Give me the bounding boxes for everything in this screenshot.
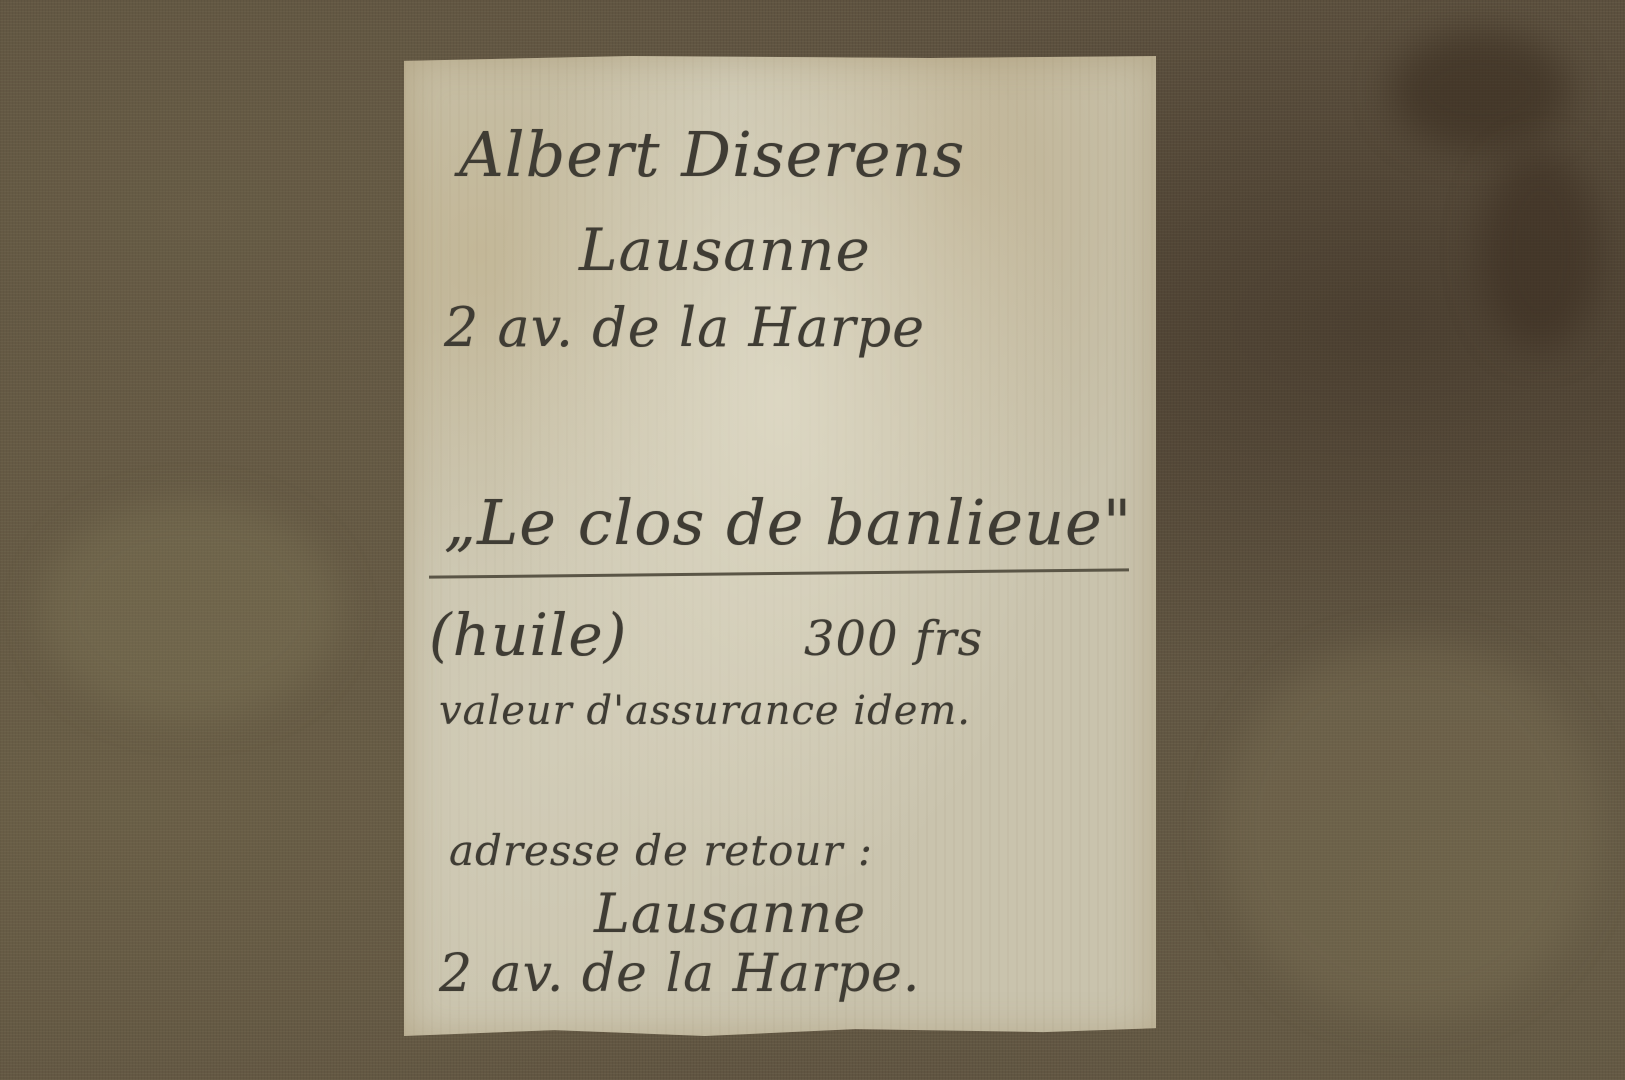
return-city: Lausanne (594, 882, 866, 945)
handwritten-label: Albert Diserens Lausanne 2 av. de la Har… (404, 56, 1156, 1036)
insurance-value: valeur d'assurance idem. (439, 688, 971, 734)
artist-address: 2 av. de la Harpe (444, 296, 925, 359)
artwork-title: „Le clos de banlieue" (444, 486, 1132, 559)
artwork-price: 300 frs (804, 611, 983, 667)
return-address-heading: adresse de retour : (449, 826, 873, 875)
artist-name: Albert Diserens (459, 118, 965, 191)
artist-city: Lausanne (579, 216, 871, 284)
artwork-medium: (huile) (429, 601, 627, 669)
canvas-stain (1220, 640, 1600, 1020)
title-underline (429, 568, 1129, 578)
canvas-stain (1390, 30, 1570, 150)
canvas-stain (1480, 150, 1600, 350)
return-address: 2 av. de la Harpe. (439, 944, 920, 1004)
canvas-stain (40, 500, 340, 720)
